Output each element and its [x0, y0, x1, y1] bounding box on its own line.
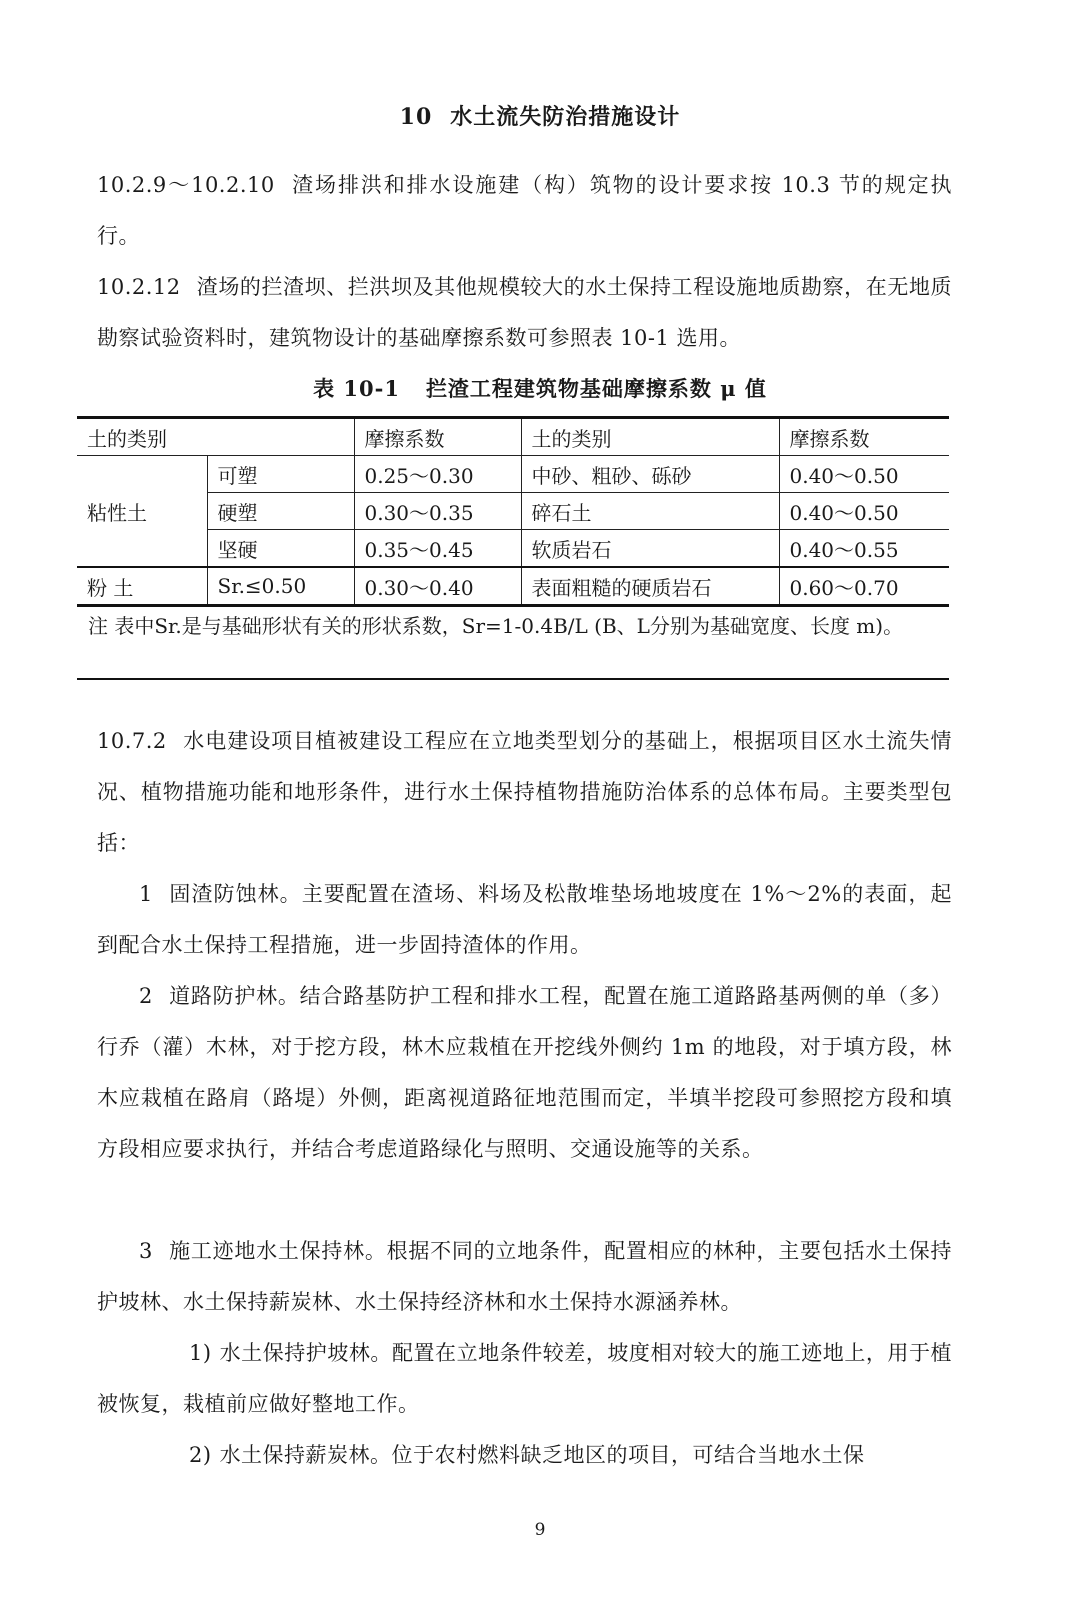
soil-type-2: 碎石土 [521, 493, 779, 530]
sub-type: 可塑 [207, 456, 354, 493]
list-item-1: 1固渣防蚀林。主要配置在渣场、料场及松散堆垫场地坡度在 1%～2%的表面，起到配… [97, 869, 952, 971]
header-friction-coef: 摩擦系数 [354, 418, 521, 456]
table-header-row: 土的类别 摩擦系数 土的类别 摩擦系数 [77, 418, 949, 456]
sub-item-label: 2) [189, 1443, 212, 1467]
coef-value: 0.30～0.40 [354, 567, 521, 606]
clause-number: 10.7.2 [97, 729, 167, 753]
sub-type: 硬塑 [207, 493, 354, 530]
table-caption: 表 10-1拦渣工程建筑物基础摩擦系数 μ 值 [0, 373, 1080, 403]
group-cohesive-soil: 粘性土 [77, 456, 207, 568]
table-title: 拦渣工程建筑物基础摩擦系数 μ 值 [426, 376, 767, 401]
coef-value: 0.30～0.35 [354, 493, 521, 530]
coef-value-2: 0.40～0.50 [779, 456, 949, 493]
paragraph-text: 水电建设项目植被建设工程应在立地类型划分的基础上，根据项目区水土流失情况、植物措… [97, 729, 952, 855]
coef-value-2: 0.60～0.70 [779, 567, 949, 606]
paragraph-text: 渣场的拦渣坝、拦洪坝及其他规模较大的水土保持工程设施地质勘察，在无地质勘察试验资… [97, 275, 952, 350]
table-row: 粉 土 Sr.≤0.50 0.30～0.40 表面粗糙的硬质岩石 0.60～0.… [77, 567, 949, 606]
chapter-title: 10水土流失防治措施设计 [0, 100, 1080, 131]
item-label: 1 [139, 882, 153, 906]
item-label: 3 [139, 1239, 153, 1263]
paragraph-10-7-2: 10.7.2水电建设项目植被建设工程应在立地类型划分的基础上，根据项目区水土流失… [97, 716, 952, 869]
clause-number: 10.2.12 [97, 275, 181, 299]
soil-type-2: 中砂、粗砂、砾砂 [521, 456, 779, 493]
clause-number: 10.2.9～10.2.10 [97, 173, 275, 197]
coef-value: 0.35～0.45 [354, 530, 521, 568]
header-soil-type: 土的类别 [77, 418, 354, 456]
soil-type-2: 软质岩石 [521, 530, 779, 568]
table-bottom-rule [77, 678, 949, 680]
table-row: 坚硬 0.35～0.45 软质岩石 0.40～0.55 [77, 530, 949, 568]
header-friction-coef-2: 摩擦系数 [779, 418, 949, 456]
sub-item-text: 水土保持薪炭林。位于农村燃料缺乏地区的项目，可结合当地水土保 [220, 1443, 865, 1467]
item-text: 固渣防蚀林。主要配置在渣场、料场及松散堆垫场地坡度在 1%～2%的表面，起到配合… [97, 882, 952, 957]
coef-value-2: 0.40～0.50 [779, 493, 949, 530]
friction-coefficient-table: 土的类别 摩擦系数 土的类别 摩擦系数 粘性土 可塑 0.25～0.30 中砂、… [77, 416, 949, 607]
header-soil-type-2: 土的类别 [521, 418, 779, 456]
coef-value-2: 0.40～0.55 [779, 530, 949, 568]
item-text: 道路防护林。结合路基防护工程和排水工程，配置在施工道路路基两侧的单（多）行乔（灌… [97, 984, 952, 1161]
chapter-number: 10 [400, 104, 433, 130]
sub-type: Sr.≤0.50 [207, 567, 354, 606]
table-row: 粘性土 可塑 0.25～0.30 中砂、粗砂、砾砂 0.40～0.50 [77, 456, 949, 493]
paragraph-10-2-9: 10.2.9～10.2.10渣场排洪和排水设施建（构）筑物的设计要求按 10.3… [97, 160, 952, 262]
sub-item-label: 1) [189, 1341, 212, 1365]
document-page: 10水土流失防治措施设计 10.2.9～10.2.10渣场排洪和排水设施建（构）… [0, 0, 1080, 1618]
page-number: 9 [0, 1520, 1080, 1540]
item-text: 施工迹地水土保持林。根据不同的立地条件，配置相应的林种，主要包括水土保持护坡林、… [97, 1239, 952, 1314]
sub-type: 坚硬 [207, 530, 354, 568]
paragraph-10-2-12: 10.2.12渣场的拦渣坝、拦洪坝及其他规模较大的水土保持工程设施地质勘察，在无… [97, 262, 952, 364]
item-label: 2 [139, 984, 153, 1008]
sub-item-2: 2)水土保持薪炭林。位于农村燃料缺乏地区的项目，可结合当地水土保 [97, 1430, 952, 1481]
chapter-title-text: 水土流失防治措施设计 [450, 104, 680, 130]
list-item-2: 2道路防护林。结合路基防护工程和排水工程，配置在施工道路路基两侧的单（多）行乔（… [97, 971, 952, 1175]
table-row: 硬塑 0.30～0.35 碎石土 0.40～0.50 [77, 493, 949, 530]
soil-type-2: 表面粗糙的硬质岩石 [521, 567, 779, 606]
sub-item-text: 水土保持护坡林。配置在立地条件较差，坡度相对较大的施工迹地上，用于植被恢复，栽植… [97, 1341, 952, 1416]
table-number: 表 10-1 [313, 376, 400, 401]
list-item-3: 3施工迹地水土保持林。根据不同的立地条件，配置相应的林种，主要包括水土保持护坡林… [97, 1226, 952, 1328]
table-note: 注 表中Sr.是与基础形状有关的形状系数，Sr=1-0.4B/L (B、L分别为… [88, 610, 950, 642]
coef-value: 0.25～0.30 [354, 456, 521, 493]
sub-item-1: 1)水土保持护坡林。配置在立地条件较差，坡度相对较大的施工迹地上，用于植被恢复，… [97, 1328, 952, 1430]
group-silt: 粉 土 [77, 567, 207, 606]
